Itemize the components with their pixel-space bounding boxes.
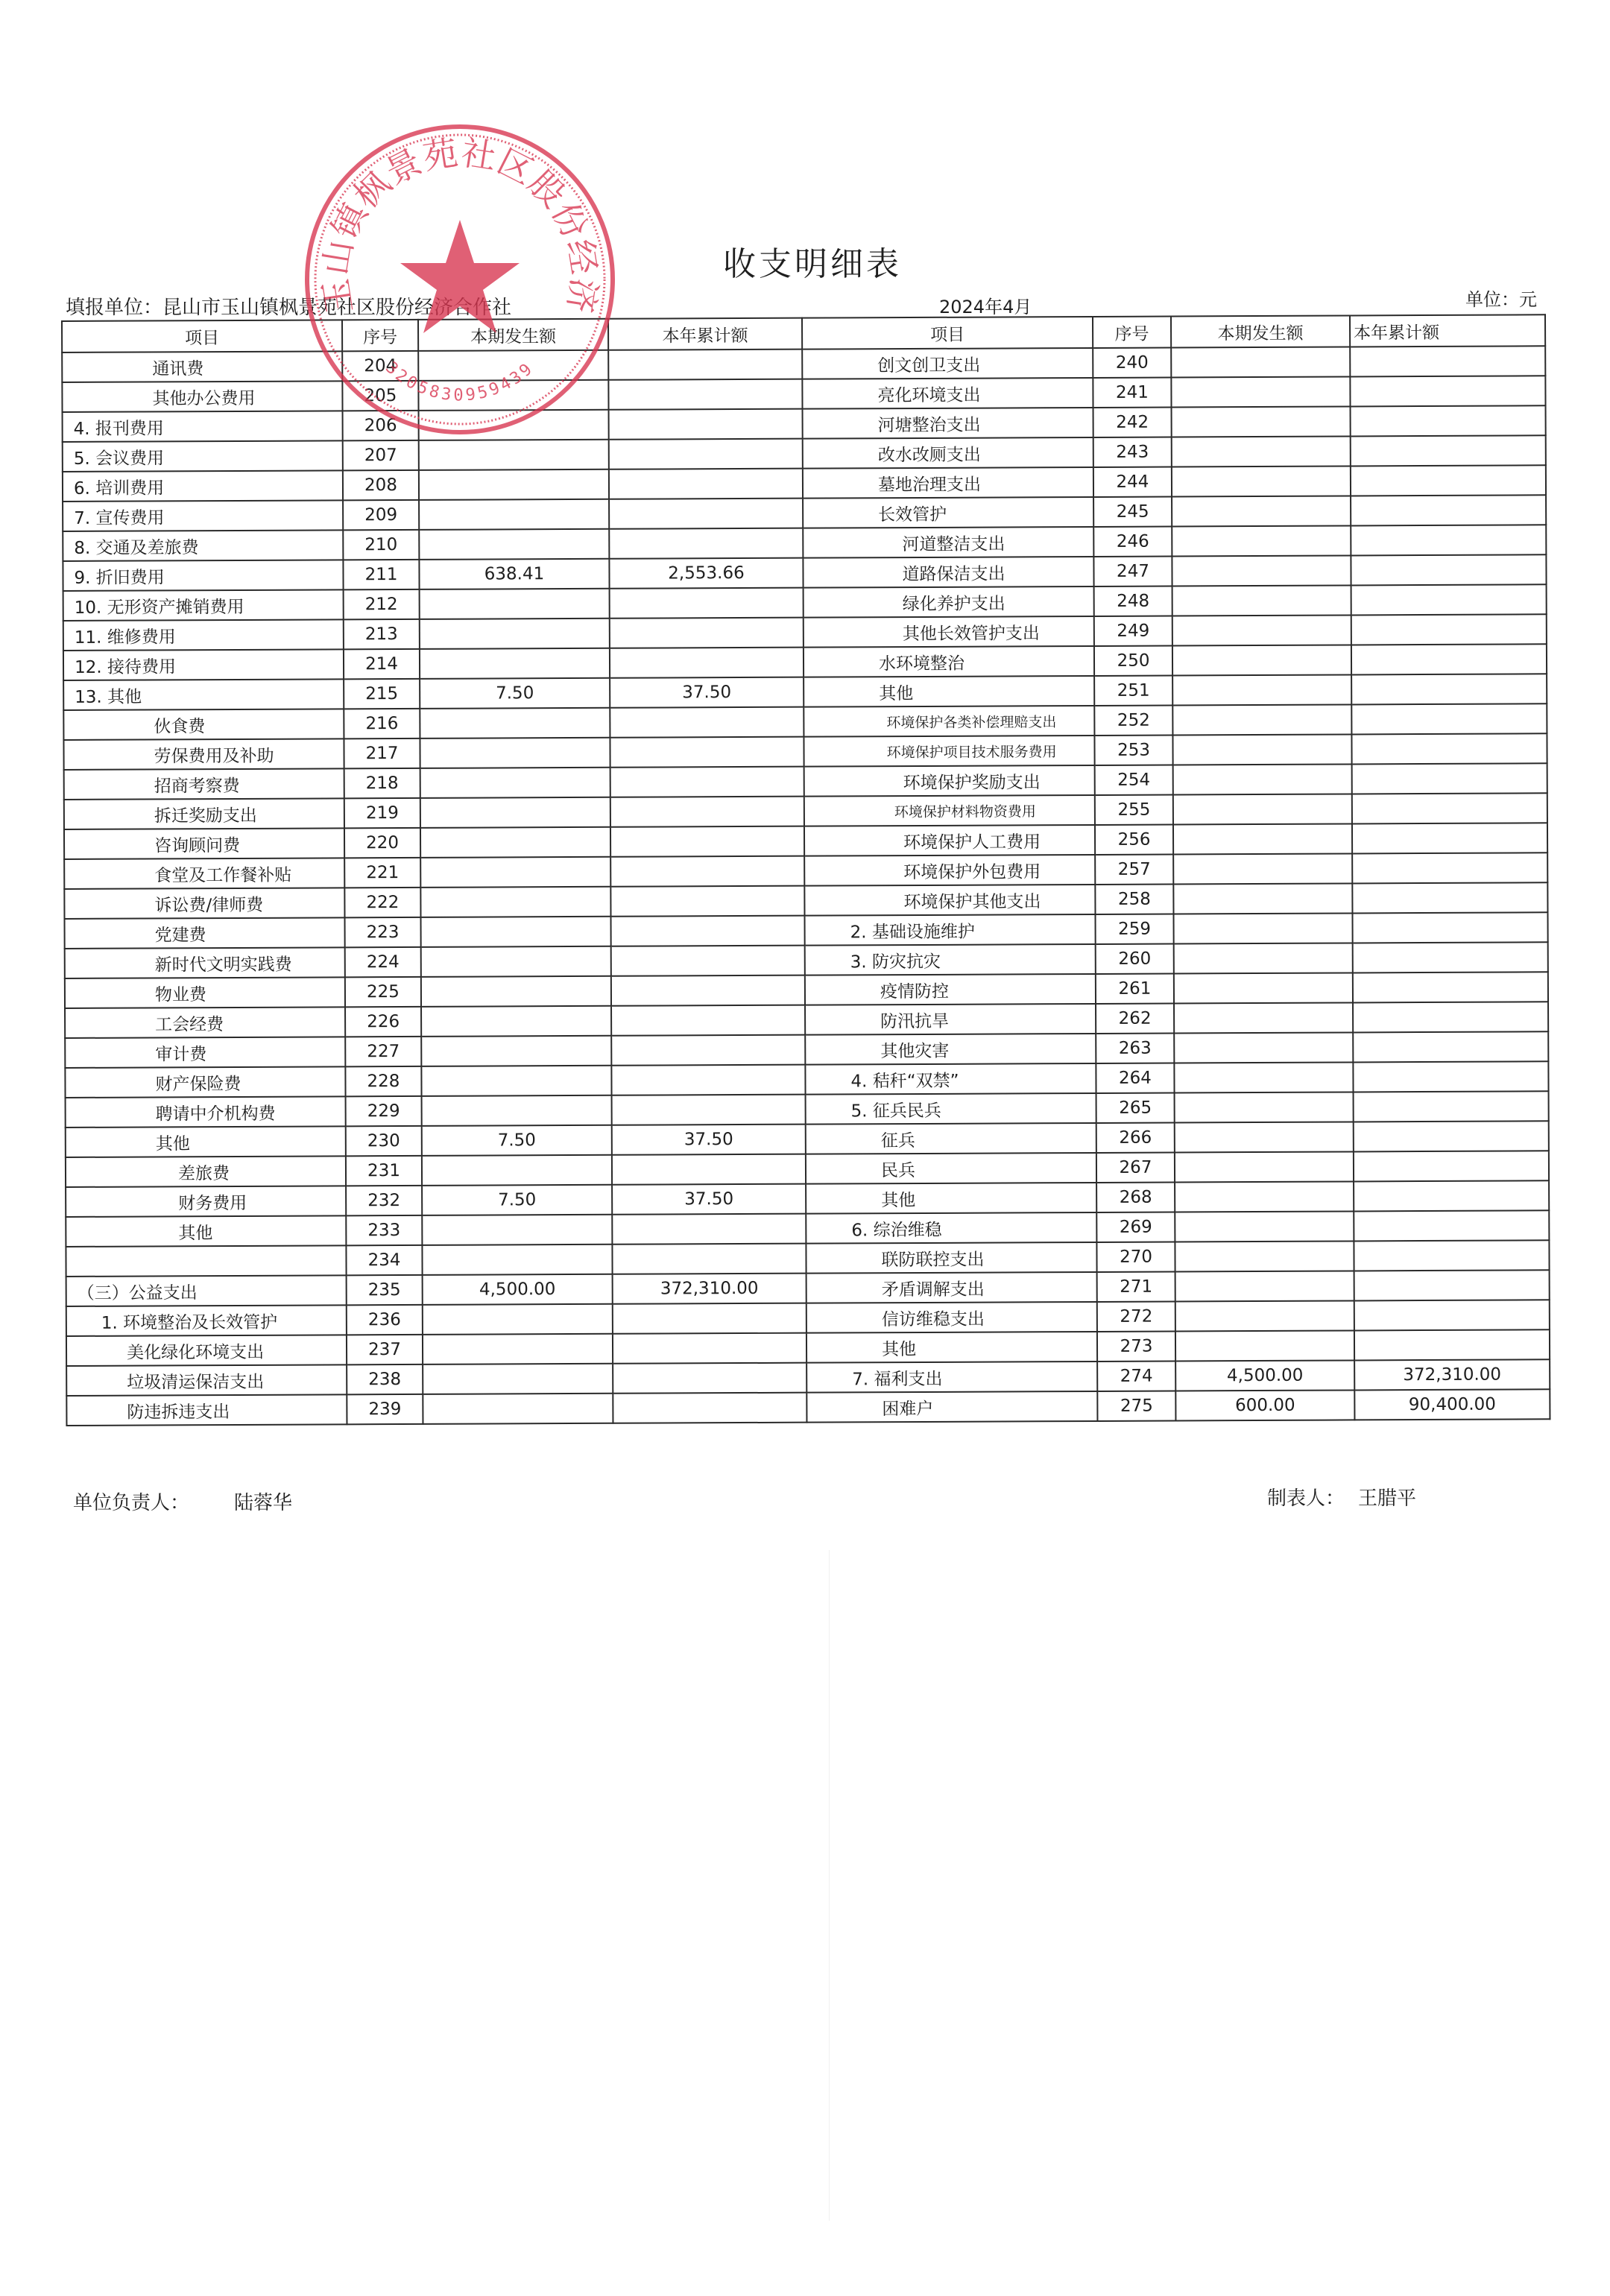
row-item-right: 5. 征兵民兵 bbox=[806, 1093, 1096, 1125]
row-current-amount-right bbox=[1171, 347, 1350, 377]
row-current-amount-right bbox=[1172, 615, 1351, 645]
row-number-right: 248 bbox=[1094, 586, 1172, 616]
row-item-right: 其他长效管护支出 bbox=[804, 616, 1094, 648]
row-number: 208 bbox=[343, 470, 419, 500]
row-ytd-amount: 37.50 bbox=[612, 1184, 806, 1215]
row-item-right: 环境保护材料物资费用 bbox=[804, 795, 1095, 826]
row-ytd-amount: 2,553.66 bbox=[609, 558, 803, 589]
row-item-right: 矛盾调解支出 bbox=[806, 1272, 1097, 1303]
row-item: 聘请中介机构费 bbox=[66, 1096, 346, 1128]
row-ytd-amount bbox=[610, 916, 804, 946]
row-number: 224 bbox=[345, 947, 421, 977]
responsible-label: 单位负责人： bbox=[73, 1492, 189, 1514]
row-item: 通讯费 bbox=[62, 351, 342, 382]
row-number: 223 bbox=[345, 917, 421, 947]
table-row: 防违拆违支出239困难户275600.0090,400.00 bbox=[66, 1389, 1550, 1426]
row-item-right: 环境保护其他支出 bbox=[804, 885, 1095, 916]
row-item-right: 环境保护人工费用 bbox=[804, 825, 1095, 856]
row-current-amount-right bbox=[1172, 645, 1351, 675]
row-ytd-amount: 372,310.00 bbox=[613, 1274, 806, 1304]
row-number: 205 bbox=[342, 381, 418, 411]
row-ytd-amount bbox=[610, 737, 804, 768]
row-item-right: 水环境整治 bbox=[804, 646, 1094, 677]
row-item: 拆迁奖励支出 bbox=[64, 798, 344, 829]
row-item-right: 亮化环境支出 bbox=[802, 378, 1093, 409]
row-number: 204 bbox=[342, 351, 418, 381]
row-current-amount bbox=[418, 380, 608, 411]
row-ytd-amount-right bbox=[1354, 1180, 1549, 1211]
row-item-right: 其他灾害 bbox=[805, 1034, 1096, 1065]
row-current-amount-right: 4,500.00 bbox=[1175, 1360, 1354, 1391]
row-current-amount bbox=[421, 1066, 611, 1096]
row-number: 207 bbox=[343, 440, 419, 470]
row-item-right: 3. 防灾抗灾 bbox=[805, 944, 1096, 975]
row-number: 217 bbox=[344, 739, 420, 768]
row-number: 230 bbox=[346, 1126, 422, 1156]
row-item-right: 防汛抗旱 bbox=[805, 1004, 1096, 1035]
row-ytd-amount-right bbox=[1351, 435, 1546, 466]
row-current-amount bbox=[423, 1304, 613, 1335]
row-current-amount-right bbox=[1175, 1181, 1354, 1212]
row-item: 财务费用 bbox=[66, 1186, 346, 1217]
row-current-amount-right bbox=[1173, 913, 1352, 943]
row-item-right: 绿化养护支出 bbox=[804, 586, 1094, 618]
row-current-amount bbox=[420, 827, 610, 858]
row-current-amount bbox=[421, 1036, 611, 1066]
row-current-amount bbox=[420, 619, 610, 649]
row-ytd-amount-right bbox=[1352, 912, 1547, 943]
row-number-right: 258 bbox=[1095, 884, 1173, 914]
row-ytd-amount-right bbox=[1351, 644, 1547, 674]
row-item-right: 环境保护项目技术服务费用 bbox=[804, 736, 1094, 767]
row-item-right: 其他 bbox=[806, 1332, 1097, 1363]
responsible-person: 单位负责人：陆蓉华 bbox=[73, 1487, 292, 1515]
row-current-amount-right bbox=[1172, 704, 1351, 735]
row-ytd-amount-right bbox=[1354, 1091, 1549, 1122]
row-current-amount-right bbox=[1173, 764, 1352, 794]
reporting-unit: 填报单位：昆山市玉山镇枫景苑社区股份经济合作社 bbox=[66, 292, 511, 320]
row-ytd-amount-right bbox=[1353, 1061, 1548, 1092]
row-item-right: 6. 综治维稳 bbox=[806, 1212, 1096, 1244]
row-current-amount-right bbox=[1175, 1151, 1354, 1182]
row-number-right: 267 bbox=[1096, 1152, 1175, 1182]
row-ytd-amount-right bbox=[1352, 823, 1547, 853]
row-current-amount-right bbox=[1171, 376, 1350, 407]
row-ytd-amount bbox=[609, 528, 803, 559]
row-ytd-amount bbox=[610, 648, 804, 678]
row-ytd-amount-right bbox=[1354, 1121, 1549, 1151]
row-ytd-amount-right bbox=[1351, 733, 1547, 764]
row-number-right: 256 bbox=[1095, 824, 1173, 854]
row-number: 211 bbox=[343, 560, 419, 589]
row-number-right: 274 bbox=[1097, 1361, 1175, 1391]
row-current-amount-right bbox=[1172, 406, 1351, 437]
row-ytd-amount bbox=[611, 946, 805, 976]
row-ytd-amount-right bbox=[1351, 674, 1547, 704]
header-ytd-right: 本年累计额 bbox=[1350, 314, 1545, 347]
row-current-amount: 7.50 bbox=[422, 1125, 612, 1156]
row-number-right: 271 bbox=[1097, 1271, 1175, 1301]
row-item: 1. 环境整治及长效管护 bbox=[66, 1305, 347, 1336]
row-current-amount bbox=[420, 797, 610, 828]
row-ytd-amount-right: 372,310.00 bbox=[1354, 1359, 1550, 1390]
row-ytd-amount-right bbox=[1351, 495, 1546, 525]
row-item-right: 河塘整治支出 bbox=[803, 408, 1093, 439]
row-number-right: 261 bbox=[1096, 973, 1174, 1003]
row-item: 工会经费 bbox=[65, 1007, 345, 1038]
row-number-right: 253 bbox=[1094, 735, 1172, 765]
row-item: 11. 维修费用 bbox=[63, 619, 344, 651]
svg-text:昆山市玉山镇枫景苑社区股份经济合作社: 昆山市玉山镇枫景苑社区股份经济合作社 bbox=[300, 119, 604, 316]
row-current-amount-right bbox=[1174, 1002, 1353, 1033]
row-number-right: 260 bbox=[1096, 943, 1174, 973]
row-number-right: 254 bbox=[1095, 765, 1173, 794]
row-ytd-amount-right bbox=[1354, 1151, 1549, 1181]
header-current-right: 本期发生额 bbox=[1171, 315, 1350, 347]
row-current-amount bbox=[420, 857, 610, 888]
row-current-amount: 638.41 bbox=[419, 559, 609, 589]
row-ytd-amount-right bbox=[1351, 554, 1546, 585]
row-ytd-amount-right bbox=[1353, 942, 1548, 973]
row-item-right: 4. 秸秆“双禁” bbox=[805, 1063, 1096, 1095]
row-item: 诉讼费/律师费 bbox=[64, 888, 344, 919]
row-item: 劳保费用及补助 bbox=[63, 739, 344, 770]
row-item: 8. 交通及差旅费 bbox=[63, 530, 343, 561]
row-item: 垃圾清运保洁支出 bbox=[66, 1364, 347, 1396]
row-number-right: 265 bbox=[1096, 1092, 1175, 1122]
row-current-amount bbox=[419, 529, 609, 560]
row-current-amount bbox=[422, 1095, 612, 1126]
row-number: 219 bbox=[344, 798, 420, 828]
row-current-amount bbox=[422, 1245, 612, 1275]
row-current-amount bbox=[421, 946, 611, 977]
row-item: 13. 其他 bbox=[63, 679, 344, 710]
row-ytd-amount-right bbox=[1351, 525, 1546, 555]
row-current-amount-right bbox=[1173, 823, 1352, 854]
row-current-amount-right bbox=[1172, 555, 1351, 586]
row-ytd-amount bbox=[610, 707, 804, 738]
row-number-right: 270 bbox=[1096, 1242, 1175, 1271]
row-ytd-amount bbox=[610, 856, 804, 887]
row-item: 党建费 bbox=[65, 917, 345, 949]
row-item: 食堂及工作餐补贴 bbox=[64, 858, 344, 889]
row-item-right: 疫情防控 bbox=[805, 974, 1096, 1005]
row-current-amount: 7.50 bbox=[422, 1185, 612, 1215]
row-current-amount bbox=[422, 1215, 612, 1245]
header-item-right: 项目 bbox=[802, 317, 1093, 350]
row-number: 220 bbox=[344, 828, 420, 858]
row-current-amount-right bbox=[1172, 734, 1351, 765]
row-current-amount bbox=[423, 1334, 613, 1364]
paper-fold-line bbox=[829, 1550, 830, 2221]
header-item: 项目 bbox=[62, 320, 342, 352]
row-current-amount bbox=[420, 917, 610, 947]
preparer: 制表人：王腊平 bbox=[1267, 1483, 1416, 1511]
row-number-right: 262 bbox=[1096, 1003, 1174, 1033]
row-ytd-amount-right bbox=[1350, 376, 1545, 406]
row-number: 212 bbox=[344, 589, 420, 619]
row-current-amount bbox=[419, 499, 609, 530]
row-number: 239 bbox=[347, 1394, 423, 1424]
row-item: 差旅费 bbox=[66, 1156, 346, 1187]
table-body: 通讯费204创文创卫支出240其他办公费用205亮化环境支出2414. 报刊费用… bbox=[62, 346, 1550, 1426]
reporting-unit-label: 填报单位： bbox=[66, 297, 162, 319]
row-number: 232 bbox=[346, 1186, 422, 1215]
row-item-right: 改水改厕支出 bbox=[803, 437, 1093, 469]
row-number: 226 bbox=[345, 1007, 421, 1037]
row-current-amount bbox=[419, 440, 609, 470]
currency-unit: 单位：元 bbox=[1465, 285, 1537, 311]
row-current-amount-right bbox=[1173, 794, 1352, 824]
row-item-right: 2. 基础设施维护 bbox=[804, 914, 1095, 946]
row-item-right: 困难户 bbox=[806, 1391, 1097, 1423]
row-number-right: 268 bbox=[1096, 1182, 1175, 1212]
row-number-right: 240 bbox=[1093, 348, 1171, 378]
row-number: 222 bbox=[344, 888, 420, 917]
row-item-right: 7. 福利支出 bbox=[806, 1362, 1097, 1393]
row-number-right: 245 bbox=[1093, 497, 1172, 527]
row-ytd-amount bbox=[612, 1214, 806, 1245]
row-ytd-amount-right bbox=[1350, 346, 1545, 376]
row-item-right: 其他 bbox=[806, 1183, 1096, 1214]
reporting-unit-name: 昆山市玉山镇枫景苑社区股份经济合作社 bbox=[162, 297, 511, 319]
row-current-amount bbox=[419, 469, 609, 500]
row-current-amount bbox=[419, 410, 609, 440]
row-current-amount-right bbox=[1173, 853, 1352, 884]
row-ytd-amount-right bbox=[1352, 853, 1547, 883]
row-current-amount-right bbox=[1172, 436, 1351, 467]
row-ytd-amount-right bbox=[1354, 1329, 1550, 1360]
row-item: 7. 宣传费用 bbox=[63, 500, 343, 531]
row-current-amount bbox=[418, 350, 608, 381]
row-ytd-amount-right bbox=[1351, 614, 1547, 645]
row-current-amount-right bbox=[1172, 674, 1351, 705]
header-no-right: 序号 bbox=[1093, 317, 1171, 348]
row-item-right: 环境保护奖励支出 bbox=[804, 765, 1095, 797]
row-ytd-amount-right bbox=[1351, 405, 1546, 436]
row-item: 美化绿化环境支出 bbox=[66, 1335, 347, 1366]
row-item: 财产保险费 bbox=[65, 1066, 345, 1098]
row-number: 237 bbox=[347, 1335, 423, 1364]
row-ytd-amount-right bbox=[1352, 763, 1547, 794]
row-item-right: 河道整洁支出 bbox=[803, 527, 1093, 558]
row-item: 6. 培训费用 bbox=[63, 470, 343, 502]
row-ytd-amount-right bbox=[1352, 793, 1547, 823]
row-number: 236 bbox=[347, 1305, 423, 1335]
row-current-amount-right bbox=[1175, 1211, 1354, 1242]
row-ytd-amount-right bbox=[1351, 703, 1547, 734]
row-item-right: 其他 bbox=[804, 676, 1094, 707]
row-number-right: 246 bbox=[1093, 527, 1172, 557]
row-current-amount-right bbox=[1175, 1092, 1354, 1122]
row-ytd-amount bbox=[610, 588, 804, 619]
row-item: 伙食费 bbox=[63, 709, 344, 740]
row-ytd-amount bbox=[611, 1065, 805, 1095]
row-current-amount bbox=[420, 708, 610, 739]
row-number-right: 251 bbox=[1094, 675, 1172, 705]
row-ytd-amount bbox=[611, 1005, 805, 1036]
row-current-amount-right bbox=[1174, 973, 1353, 1003]
row-number-right: 266 bbox=[1096, 1122, 1175, 1152]
row-ytd-amount bbox=[610, 618, 804, 648]
row-number: 216 bbox=[344, 709, 420, 739]
row-ytd-amount-right bbox=[1351, 584, 1547, 615]
row-number-right: 264 bbox=[1096, 1063, 1174, 1092]
row-ytd-amount bbox=[608, 379, 802, 410]
row-number: 227 bbox=[345, 1037, 421, 1066]
row-ytd-amount bbox=[609, 409, 803, 440]
row-number: 215 bbox=[344, 679, 420, 709]
row-current-amount bbox=[421, 976, 611, 1007]
row-number-right: 249 bbox=[1094, 616, 1172, 645]
row-current-amount-right bbox=[1174, 1062, 1353, 1092]
row-number-right: 247 bbox=[1093, 556, 1172, 586]
row-ytd-amount: 37.50 bbox=[610, 677, 804, 708]
row-item-right: 环境保护外包费用 bbox=[804, 855, 1095, 886]
row-current-amount bbox=[423, 1394, 613, 1424]
row-item-right: 民兵 bbox=[806, 1153, 1096, 1184]
row-current-amount bbox=[420, 768, 610, 798]
row-ytd-amount-right bbox=[1353, 1002, 1548, 1032]
row-ytd-amount bbox=[613, 1393, 806, 1423]
row-current-amount-right bbox=[1175, 1122, 1354, 1152]
row-number-right: 242 bbox=[1093, 408, 1172, 437]
row-item: 新时代文明实践费 bbox=[65, 947, 345, 978]
preparer-name: 王腊平 bbox=[1358, 1487, 1416, 1510]
row-item: 10. 无形资产摊销费用 bbox=[63, 589, 344, 621]
row-ytd-amount bbox=[608, 350, 802, 380]
row-number-right: 250 bbox=[1094, 645, 1172, 675]
row-ytd-amount bbox=[610, 826, 804, 857]
preparer-label: 制表人： bbox=[1267, 1487, 1345, 1510]
row-current-amount-right bbox=[1172, 585, 1351, 616]
row-item bbox=[66, 1245, 346, 1277]
row-current-amount-right bbox=[1175, 1271, 1354, 1301]
row-item: 5. 会议费用 bbox=[63, 440, 343, 472]
row-number: 214 bbox=[344, 649, 420, 679]
row-number: 233 bbox=[346, 1215, 422, 1245]
responsible-name: 陆蓉华 bbox=[234, 1492, 292, 1514]
row-number-right: 259 bbox=[1095, 914, 1173, 943]
row-current-amount-right bbox=[1173, 883, 1352, 914]
row-current-amount-right bbox=[1175, 1330, 1354, 1361]
row-ytd-amount-right bbox=[1354, 1210, 1549, 1241]
row-number: 225 bbox=[345, 977, 421, 1007]
row-ytd-amount: 37.50 bbox=[612, 1125, 806, 1155]
row-current-amount bbox=[423, 1364, 613, 1394]
row-item-right: 信访维稳支出 bbox=[806, 1302, 1097, 1333]
row-item: 其他 bbox=[66, 1126, 346, 1157]
row-item-right: 墓地治理支出 bbox=[803, 467, 1093, 499]
row-number: 234 bbox=[346, 1245, 422, 1275]
row-number-right: 269 bbox=[1096, 1212, 1175, 1242]
row-ytd-amount-right bbox=[1354, 1300, 1550, 1330]
row-ytd-amount bbox=[609, 439, 803, 469]
row-item: 物业费 bbox=[65, 977, 345, 1008]
row-number: 229 bbox=[346, 1096, 422, 1126]
header-current: 本期发生额 bbox=[418, 319, 608, 351]
row-item: 防违拆违支出 bbox=[66, 1394, 347, 1426]
row-current-amount bbox=[420, 738, 610, 768]
row-item: 9. 折旧费用 bbox=[63, 560, 343, 591]
row-number-right: 255 bbox=[1095, 794, 1173, 824]
row-number: 238 bbox=[347, 1364, 423, 1394]
row-item-right: 长效管护 bbox=[803, 497, 1093, 528]
row-ytd-amount-right bbox=[1353, 1031, 1548, 1062]
row-current-amount-right bbox=[1175, 1241, 1354, 1271]
row-item: 其他办公费用 bbox=[62, 381, 342, 412]
row-number: 221 bbox=[344, 858, 420, 888]
row-number-right: 241 bbox=[1093, 378, 1171, 408]
row-ytd-amount bbox=[613, 1333, 806, 1364]
document-title: 收支明细表 bbox=[0, 237, 1610, 285]
row-ytd-amount bbox=[610, 797, 804, 827]
row-ytd-amount bbox=[610, 767, 804, 797]
row-number-right: 273 bbox=[1097, 1331, 1175, 1361]
row-current-amount bbox=[420, 887, 610, 917]
row-number-right: 272 bbox=[1097, 1301, 1175, 1331]
row-current-amount bbox=[420, 589, 610, 619]
row-item-right: 联防联控支出 bbox=[806, 1242, 1096, 1274]
row-item: 12. 接待费用 bbox=[63, 649, 344, 680]
row-current-amount: 7.50 bbox=[420, 678, 610, 709]
row-current-amount-right bbox=[1172, 525, 1351, 556]
row-item: 4. 报刊费用 bbox=[63, 411, 343, 442]
row-current-amount bbox=[420, 648, 610, 679]
row-current-amount-right bbox=[1175, 1300, 1354, 1331]
row-item-right: 征兵 bbox=[806, 1123, 1096, 1154]
row-ytd-amount-right: 90,400.00 bbox=[1354, 1389, 1550, 1420]
header-no: 序号 bbox=[342, 320, 418, 351]
row-current-amount-right bbox=[1174, 943, 1353, 973]
row-ytd-amount-right bbox=[1354, 1240, 1549, 1271]
row-current-amount-right bbox=[1172, 466, 1351, 496]
row-ytd-amount bbox=[609, 469, 803, 499]
row-number: 206 bbox=[343, 411, 419, 440]
row-item: （三）公益支出 bbox=[66, 1275, 347, 1306]
row-number: 213 bbox=[344, 619, 420, 649]
row-item-right: 环境保护各类补偿理赔支出 bbox=[804, 706, 1094, 737]
row-ytd-amount bbox=[613, 1303, 806, 1334]
row-ytd-amount bbox=[613, 1363, 806, 1394]
row-ytd-amount bbox=[611, 975, 805, 1006]
row-ytd-amount bbox=[612, 1244, 806, 1274]
row-ytd-amount bbox=[610, 886, 804, 917]
row-current-amount-right: 600.00 bbox=[1175, 1390, 1354, 1420]
row-item: 招商考察费 bbox=[64, 768, 344, 800]
row-ytd-amount bbox=[609, 499, 803, 529]
row-current-amount-right bbox=[1172, 496, 1351, 526]
row-ytd-amount-right bbox=[1351, 465, 1546, 496]
stamp-text: 昆山市玉山镇枫景苑社区股份经济合作社 bbox=[300, 119, 604, 316]
row-number-right: 263 bbox=[1096, 1033, 1174, 1063]
row-number-right: 252 bbox=[1094, 705, 1172, 735]
row-number: 228 bbox=[345, 1066, 421, 1096]
row-ytd-amount-right bbox=[1353, 972, 1548, 1002]
row-item-right: 道路保洁支出 bbox=[803, 557, 1093, 588]
row-current-amount bbox=[421, 1006, 611, 1037]
row-number: 235 bbox=[347, 1275, 423, 1305]
row-ytd-amount bbox=[612, 1154, 806, 1185]
header-ytd: 本年累计额 bbox=[608, 318, 802, 350]
row-item: 咨询顾问费 bbox=[64, 828, 344, 859]
row-number-right: 257 bbox=[1095, 854, 1173, 884]
row-number: 231 bbox=[346, 1156, 422, 1186]
report-period: 2024年4月 bbox=[939, 292, 1032, 318]
row-number-right: 275 bbox=[1097, 1391, 1175, 1420]
row-item: 其他 bbox=[66, 1215, 346, 1247]
row-ytd-amount-right bbox=[1352, 882, 1547, 913]
